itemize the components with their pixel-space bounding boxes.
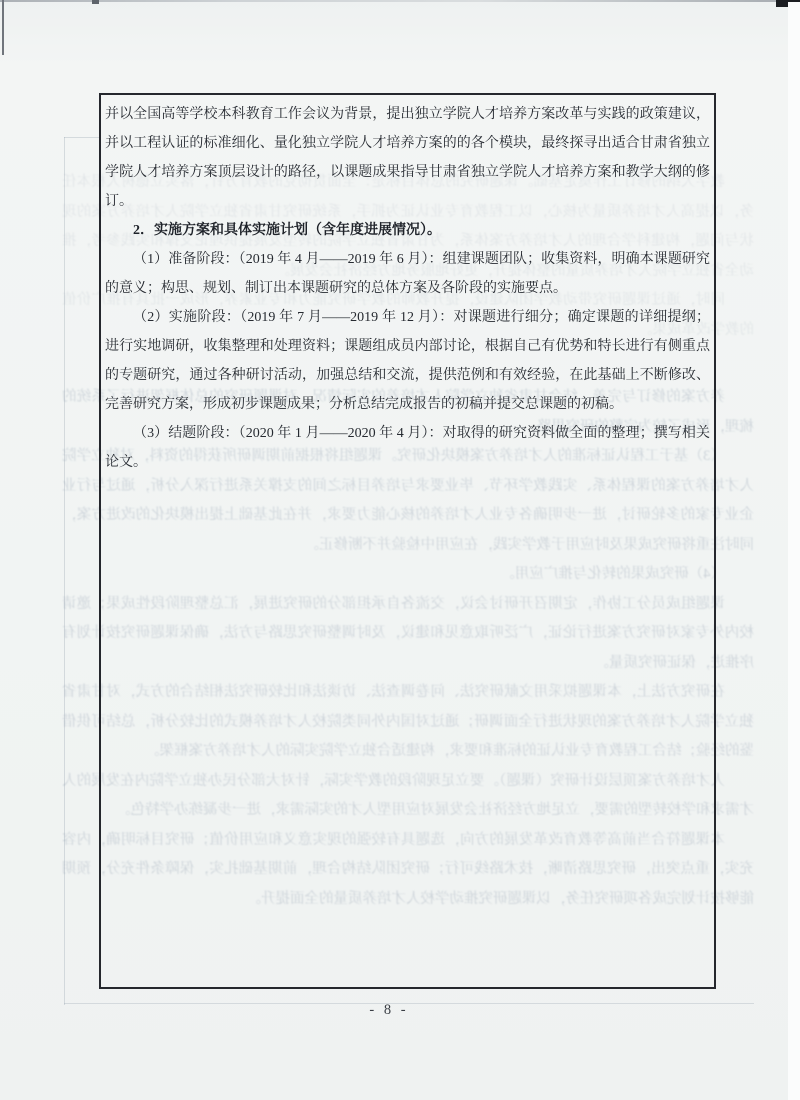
paragraph-stage-preparation: （1）准备阶段：（2019 年 4 月——2019 年 6 月）：组建课题团队；… bbox=[105, 245, 710, 303]
scan-artifact-tick bbox=[92, 0, 99, 4]
document-text: 并以全国高等学校本科教育工作会议为背景，提出独立学院人才培养方案改革与实践的政策… bbox=[105, 100, 710, 477]
paragraph-stage-conclusion: （3）结题阶段：（2020 年 1 月——2020 年 4 月）：对取得的研究资… bbox=[105, 419, 710, 477]
scanned-page: { "page": { "number": "- 8 -" }, "colors… bbox=[0, 0, 800, 1100]
document-frame: 并以全国高等学校本科教育工作会议为背景，提出独立学院人才培养方案改革与实践的政策… bbox=[99, 93, 716, 989]
page-number: - 8 - bbox=[0, 1002, 778, 1019]
scan-edge-top bbox=[0, 0, 800, 2]
paragraph-continuation: 并以全国高等学校本科教育工作会议为背景，提出独立学院人才培养方案改革与实践的政策… bbox=[105, 100, 710, 216]
bleedthrough-frame-top-line bbox=[64, 137, 99, 138]
scan-edge-right bbox=[788, 2, 800, 1100]
paragraph-stage-implementation: （2）实施阶段：（2019 年 7 月——2019 年 12 月）：对课题进行细… bbox=[105, 303, 710, 419]
section-heading-implementation-plan: 2．实施方案和具体实施计划（含年度进展情况）。 bbox=[105, 216, 710, 245]
scan-edge-left bbox=[2, 0, 4, 55]
